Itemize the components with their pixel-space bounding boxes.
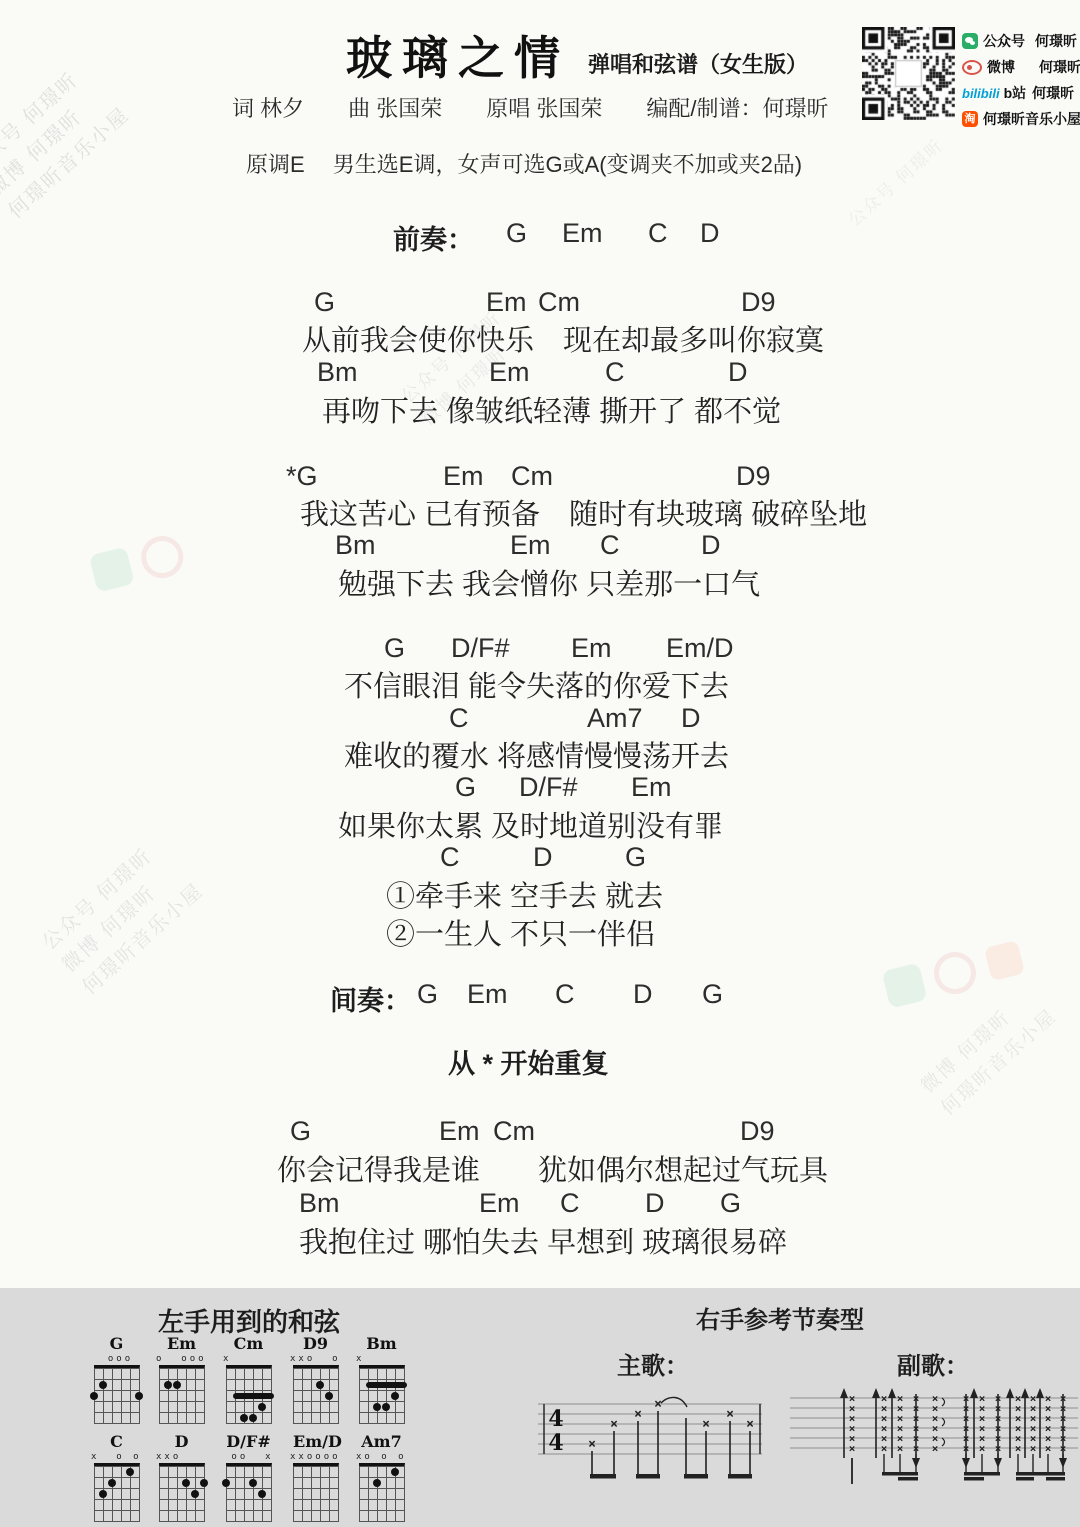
note-x: × [726,1407,734,1422]
strum-x: × [932,1442,939,1455]
chord: Bm [317,357,358,388]
chord: G [506,218,527,249]
up-arrow [888,1388,896,1398]
barre [366,1382,407,1388]
chord: Bm [299,1188,340,1219]
string-markers: x [355,1354,406,1365]
chorus-label: 副歌： [897,1346,969,1381]
chord: Em [571,633,612,664]
string-markers: oooo [155,1354,206,1365]
social-taobao: 淘 何璟昕音乐小屋 [962,106,1080,132]
string-markers: xxo [155,1452,206,1463]
chord: *G [286,461,318,492]
finger-dot [164,1381,172,1389]
fretboard-grid [94,1365,140,1424]
chord: C [555,979,575,1010]
chord: D [645,1188,665,1219]
fretboard-grid [293,1463,339,1522]
lyric-line: 从前我会使你快乐 现在却最多叫你寂寞 [302,318,824,359]
chord-name: Am7 [359,1432,404,1451]
chord: C [560,1188,580,1219]
strum-x: × [881,1442,888,1455]
credits-line: 词 林夕 曲 张国荣 原唱 张国荣 编配/制谱：何璟昕 [232,92,828,123]
chord-name: Em [159,1334,204,1353]
chord: C [605,357,625,388]
lyric-line: 你会记得我是谁 犹如偶尔想起过气玩具 [277,1148,828,1189]
chord: D/F# [451,633,510,664]
fretboard-grid [359,1463,405,1522]
fretboard-grid [94,1463,140,1522]
chord-row: C D G [0,842,1080,874]
finger-dot [135,1392,143,1400]
time-sig-top: 4 [548,1406,563,1432]
strum-x: × [897,1442,904,1455]
chord: Em [486,287,527,318]
chord-row: C Am7 D [0,703,1080,735]
finger-dot [258,1403,266,1411]
chord-row: Bm Em C D [0,357,1080,389]
string-markers: xoo [90,1452,141,1463]
chord: Bm [335,530,376,561]
chord: Cm [511,461,553,492]
watermark-text: 公众号 何璟昕微博 何璟昕何璟昕音乐小屋 [0,56,136,226]
chorus-rhythm-staff: ××××××××××××××××××××××××××××××××××××××××… [788,1388,1080,1496]
lyric-line: 如果你太累 及时地道别没有罪 [338,804,723,845]
finger-dot [222,1479,230,1487]
up-arrow [840,1388,848,1398]
finger-dot [391,1468,399,1476]
chord: D9 [736,461,771,492]
string-markers: xxoooo [289,1452,340,1463]
finger-dot [182,1479,190,1487]
chord: Am7 [587,703,643,734]
chord: D [633,979,653,1010]
page-title: 玻璃之情 [346,22,570,88]
lyric-line: ②一生人 不只一伴侣 [386,912,655,953]
chord: Cm [538,287,580,318]
chord: C [440,842,460,873]
chord: D [728,357,748,388]
chord-diagram-Em: Emoooo [159,1334,205,1424]
fretboard-grid [159,1463,205,1522]
chord-row: G Em Cm D9 [0,1116,1080,1148]
page-subtitle: 弹唱和弦谱（女生版） [588,48,808,79]
chord-diagram-Bm: Bmx [359,1334,405,1424]
intro-label: 前奏： [393,218,474,257]
chord: D [700,218,720,249]
lyric-line: 不信眼泪 能令失落的你爱下去 [344,664,729,705]
chord: D9 [741,287,776,318]
note-x: × [746,1417,754,1432]
barre [233,1393,274,1399]
chord-row: Bm Em C D G [0,1188,1080,1220]
chord: G [625,842,646,873]
chord: C [449,703,469,734]
chord: D/F# [519,772,578,803]
note-x: × [702,1417,710,1432]
tie-arc [942,1438,945,1446]
finger-dot [382,1403,390,1411]
string-markers: xooo [355,1452,406,1463]
strum-x: × [979,1442,986,1455]
chord-row: G Em Cm D9 [0,287,1080,319]
finger-dot [373,1403,381,1411]
lyric-line: ①牵手来 空手去 就去 [386,874,663,915]
chord-row: Bm Em C D [0,530,1080,562]
right-hand-rhythm-title: 右手参考节奏型 [696,1300,864,1335]
fretboard-grid [359,1365,405,1424]
chord-name: D/F# [226,1432,271,1451]
chord-name: D [159,1432,204,1451]
tie-arc [942,1418,945,1426]
social-weibo: 微博 何璟昕 [962,54,1080,80]
chord-diagram-D9: D9xxoo [293,1334,339,1424]
qr-code [862,27,955,120]
up-arrow [970,1388,978,1398]
up-arrow [1021,1388,1029,1398]
lyric-line: 勉强下去 我会憎你 只差那一口气 [338,562,760,603]
note-x: × [610,1417,618,1432]
note-x: × [588,1437,596,1452]
chord-diagram-DF#: D/F#oox [226,1432,272,1522]
strum-x: × [1045,1442,1052,1455]
chord: G [314,287,335,318]
key-info-line: 原调E 男生选E调，女声可选G或A(变调夹不加或夹2品) [246,148,802,179]
chord: Em [439,1116,480,1147]
strum-x: × [1015,1442,1022,1455]
finger-dot [126,1468,134,1476]
finger-dot [108,1479,116,1487]
lyric-line: 我这苦心 已有预备 随时有块玻璃 破碎坠地 [300,492,867,533]
chord: Em [562,218,603,249]
chord-name: C [94,1432,139,1451]
strum-x: × [849,1442,856,1455]
chord: Em/D [666,633,734,664]
chord: Cm [493,1116,535,1147]
chord-row: *G Em Cm D9 [0,461,1080,493]
chord-diagram-C: Cxoo [94,1432,140,1522]
bilibili-icon: bilibili [962,86,1000,101]
chord-diagram-G: Gooo [94,1334,140,1424]
finger-dot [316,1381,324,1389]
chord: Em [631,772,672,803]
finger-dot [90,1392,98,1400]
social-wechat: 公众号 何璟昕 [962,28,1080,54]
chord-name: Cm [226,1334,271,1353]
time-sig-bottom: 4 [548,1430,563,1456]
fretboard-grid [226,1365,272,1424]
chord-diagram-Am7: Am7xooo [359,1432,405,1522]
intro-row: 前奏： G Em C D [0,218,1080,250]
verse-rhythm-staff: 4 4 ×× ×× ×× × [534,1394,766,1494]
chord: C [600,530,620,561]
social-links: 公众号 何璟昕 微博 何璟昕 bilibili b站 何璟昕 淘 何璟昕音乐小屋 [962,28,1080,132]
chord-sheet-page: 公众号 何璟昕微博 何璟昕何璟昕音乐小屋 公众号 何璟昕微博 何璟昕 公众号 何… [0,0,1080,1527]
chord-diagram-Cm: Cmx [226,1334,272,1424]
chord-row: G D/F# Em [0,772,1080,804]
finger-dot [191,1490,199,1498]
finger-dot [200,1479,208,1487]
chord-row: G D/F# Em Em/D [0,633,1080,665]
taobao-icon [984,940,1025,981]
chord: D [701,530,721,561]
reference-panel: 左手用到的和弦 右手参考节奏型 主歌： 副歌： Gooo Emoooo Cmx … [0,1288,1080,1527]
finger-dot [99,1381,107,1389]
weibo-icon [962,60,982,75]
fretboard-grid [226,1463,272,1522]
chord: G [417,979,438,1010]
up-arrow [1006,1388,1014,1398]
wechat-icon [962,33,978,49]
fretboard-grid [293,1365,339,1424]
chord: D [533,842,553,873]
strum-x: × [1030,1442,1037,1455]
chord: C [648,218,668,249]
tie-arc [942,1398,945,1406]
chord: G [720,1188,741,1219]
chord: Em [489,357,530,388]
repeat-note: 从 * 开始重复 [448,1042,609,1081]
social-bilibili: bilibili b站 何璟昕 [962,80,1080,106]
chord: Em [479,1188,520,1219]
finger-dot [258,1490,266,1498]
chord: G [384,633,405,664]
up-arrow [1036,1388,1044,1398]
lyric-line: 我抱住过 哪怕失去 早想到 玻璃很易碎 [299,1220,787,1261]
chord-name: Bm [359,1334,404,1353]
lyric-line: 再吻下去 像皱纸轻薄 撕开了 都不觉 [322,389,781,430]
finger-dot [173,1381,181,1389]
string-markers: oox [222,1452,273,1463]
chord: D [681,703,701,734]
interlude-row: 间奏： G Em C D G [0,979,1080,1011]
finger-dot [391,1392,399,1400]
string-markers: ooo [90,1354,141,1365]
interlude-label: 间奏： [330,979,411,1018]
chord: G [702,979,723,1010]
note-x: × [634,1407,642,1422]
chord-diagram-EmD: Em/Dxxoooo [293,1432,339,1522]
finger-dot [99,1490,107,1498]
finger-dot [325,1392,333,1400]
chord: G [455,772,476,803]
taobao-icon: 淘 [962,111,978,127]
chord: G [290,1116,311,1147]
string-markers: xxoo [289,1354,340,1365]
fretboard-grid [159,1365,205,1424]
lyric-line: 难收的覆水 将感情慢慢荡开去 [344,734,729,775]
finger-dot [240,1414,248,1422]
verse-label: 主歌： [617,1346,689,1381]
chord: Em [510,530,551,561]
chord-name: G [94,1334,139,1353]
tie-arc [661,1397,687,1407]
chord: Em [443,461,484,492]
chord: D9 [740,1116,775,1147]
chord-diagram-D: Dxxo [159,1432,205,1522]
string-markers: x [222,1354,273,1365]
chord: Em [467,979,508,1010]
chord-name: D9 [293,1334,338,1353]
finger-dot [249,1414,257,1422]
up-arrow [872,1388,880,1398]
finger-dot [249,1479,257,1487]
finger-dot [373,1479,381,1487]
chord-name: Em/D [293,1432,338,1451]
note-x: × [654,1397,662,1412]
